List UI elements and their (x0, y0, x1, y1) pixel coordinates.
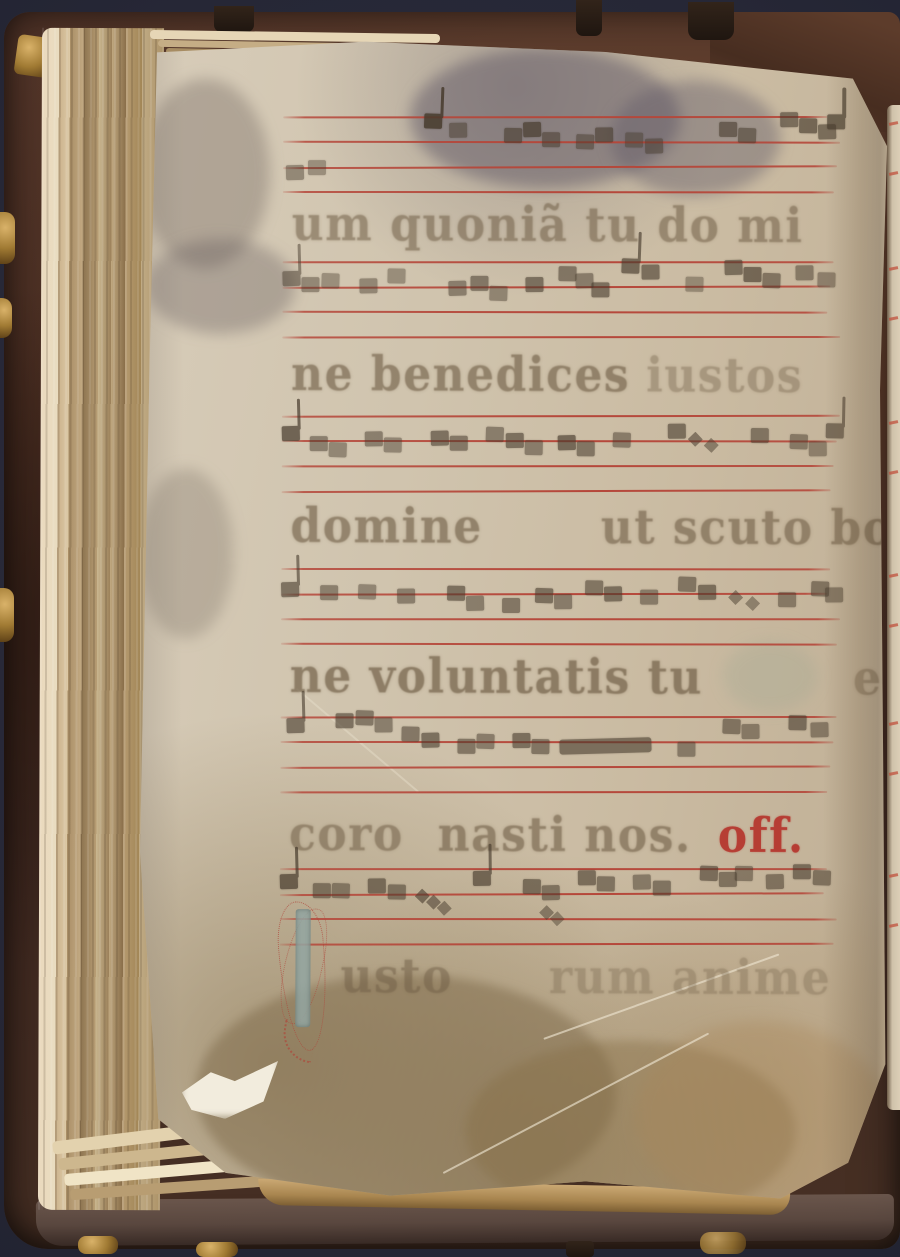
staff-line-tick (889, 623, 898, 627)
binding-strap-icon (576, 0, 602, 36)
neume-diamond (745, 596, 760, 611)
neume-punctum (575, 134, 594, 150)
neume-punctum (735, 866, 753, 881)
staff-line-tick (889, 420, 898, 424)
staff-line (281, 643, 837, 646)
neume-punctum (457, 739, 475, 754)
brass-boss-icon (0, 298, 12, 338)
chant-text: rum anime (549, 950, 832, 1006)
chant-text: iustos (646, 349, 803, 405)
staff-line-tick (889, 573, 898, 577)
neume-punctum (523, 122, 541, 137)
neume-punctum (360, 279, 378, 294)
neume-punctum (281, 581, 299, 596)
neume-punctum (622, 258, 641, 274)
neume-punctum (525, 277, 543, 292)
neume-punctum (678, 741, 696, 756)
staff-line-tick (889, 266, 898, 270)
neume-punctum (302, 277, 320, 292)
chant-text-line: ne benedicesiustos (291, 349, 803, 409)
neume-punctum (722, 719, 741, 735)
brass-foot-icon (78, 1236, 118, 1254)
neume-punctum (450, 435, 468, 450)
neume-punctum (504, 128, 522, 143)
neume-stem-icon (301, 691, 305, 722)
neume-punctum (489, 285, 508, 301)
neume-punctum (762, 273, 781, 289)
staff-line (283, 191, 834, 194)
staff-line (283, 261, 834, 263)
neume-punctum (387, 884, 405, 899)
neume-stem-icon (488, 844, 492, 875)
neume-punctum (402, 726, 420, 741)
binding-strap-icon (688, 2, 734, 40)
neume-punctum (741, 724, 759, 739)
stain-left-margin (138, 468, 234, 638)
chant-text: usto (340, 949, 453, 1005)
neume-punctum (358, 584, 377, 600)
neume-punctum (625, 132, 643, 147)
staff-line (280, 765, 830, 769)
staff-line (280, 791, 827, 794)
neume-punctum (332, 883, 351, 899)
staff-line-tick (889, 721, 898, 725)
neume-punctum (524, 439, 542, 454)
neume-punctum (698, 584, 716, 599)
neume-punctum (286, 164, 304, 179)
neume-punctum (799, 118, 817, 133)
staff-line (282, 489, 831, 493)
neume-punctum (466, 596, 484, 611)
staff-line (283, 165, 837, 169)
neume-punctum (476, 734, 495, 750)
staff-line (281, 618, 840, 620)
neume-punctum (633, 874, 651, 889)
neume-punctum (796, 265, 814, 280)
chant-text: ne benedices (291, 347, 630, 404)
neume-punctum (308, 160, 326, 175)
neume-punctum (652, 881, 670, 896)
neume-punctum (765, 873, 783, 888)
neume-punctum (387, 269, 405, 284)
neume-punctum (724, 260, 742, 275)
chant-text-line: domineut scuto bo (290, 501, 893, 562)
neume-punctum (778, 592, 796, 607)
neume-punctum (640, 589, 658, 604)
staff-line (282, 415, 840, 418)
staff-line (280, 943, 834, 946)
chant-staff (283, 115, 835, 199)
neume-punctum (678, 577, 697, 593)
brass-boss-icon (0, 212, 15, 264)
neume-punctum (473, 871, 491, 886)
brass-foot-icon (700, 1232, 746, 1254)
staff-line-tick (889, 121, 898, 125)
neume-punctum (597, 876, 615, 891)
neume-punctum (554, 594, 572, 609)
rubric-offertory-label: off. (718, 809, 805, 864)
chant-text: coro (289, 807, 404, 863)
neume-punctum (699, 866, 718, 882)
neume-punctum (575, 273, 593, 288)
neume-punctum (789, 434, 808, 450)
neume-punctum (558, 266, 576, 281)
neume-punctum (448, 280, 466, 295)
neume-punctum (668, 424, 686, 439)
neume-punctum (578, 870, 596, 885)
neume-punctum (328, 442, 347, 458)
neume-punctum (543, 132, 561, 147)
chant-staff (280, 715, 832, 799)
neume-punctum (486, 427, 505, 443)
manuscript-photo: um quoniã tu do mine benedicesiustosdomi… (0, 0, 900, 1257)
neume-punctum (577, 441, 595, 456)
staff-line (282, 336, 840, 339)
staff-line-tick (889, 923, 898, 927)
staff-line (281, 568, 830, 571)
neume-punctum (470, 275, 488, 290)
chant-text: domine (290, 499, 483, 555)
chant-staff (282, 260, 834, 344)
neume-punctum (282, 426, 300, 441)
neume-punctum (424, 114, 443, 130)
neume-punctum (641, 265, 659, 280)
neume-punctum (280, 874, 298, 889)
staff-line (282, 311, 827, 314)
chant-staff (282, 414, 834, 498)
brass-foot-icon (196, 1242, 238, 1257)
staff-line-tick (889, 171, 898, 175)
neume-punctum (585, 580, 603, 595)
manuscript-page: um quoniã tu do mine benedicesiustosdomi… (135, 38, 890, 1203)
neume-punctum (751, 428, 769, 443)
neume-punctum (780, 112, 798, 127)
neume-punctum (336, 713, 354, 728)
chant-text: um quoniã tu do mi (292, 197, 804, 254)
neume-stem-icon (440, 87, 445, 118)
neume-punctum (613, 432, 632, 448)
neume-punctum (355, 710, 374, 726)
next-page-edge (887, 105, 900, 1110)
neume-punctum (447, 586, 465, 601)
neume-punctum (793, 864, 811, 879)
chant-text-line: ne voluntatis tue (290, 651, 883, 712)
neume-punctum (421, 732, 439, 747)
staff-line-tick (889, 470, 898, 474)
neume-punctum (431, 430, 449, 445)
neume-punctum (719, 121, 737, 136)
neume-punctum (743, 267, 761, 282)
neume-diamond (687, 431, 702, 446)
neume-punctum (286, 718, 304, 733)
binding-strap-icon (214, 6, 254, 32)
staff-line-tick (889, 316, 898, 320)
chant-staff (280, 867, 832, 951)
staff-line-tick (889, 771, 898, 775)
stain-left-margin (145, 238, 295, 334)
neume-punctum (320, 585, 338, 600)
neume-punctum (788, 715, 806, 730)
page-curl-shading (821, 41, 890, 1203)
staff-line (280, 741, 833, 744)
binding-strap-icon (566, 1241, 594, 1257)
staff-line (283, 141, 840, 144)
neume-punctum (309, 436, 327, 451)
neume-punctum (644, 138, 662, 153)
staff-line (283, 116, 827, 119)
neume-punctum (368, 878, 386, 893)
staff-line-tick (889, 873, 898, 877)
neume-punctum (449, 123, 467, 138)
chant-text: nasti nos. (438, 808, 692, 864)
neume-punctum (595, 127, 613, 142)
neume-punctum (535, 587, 554, 603)
chant-text-line: coronasti nos.off. (289, 809, 805, 869)
neume-punctum (397, 588, 415, 603)
neume-punctum (685, 276, 703, 291)
staff-line (282, 465, 834, 468)
neume-punctum (738, 127, 757, 143)
neume-punctum (592, 282, 610, 297)
neume-punctum (282, 271, 300, 286)
neume-punctum (523, 879, 541, 894)
neume-punctum (365, 431, 383, 446)
neume-punctum (384, 438, 402, 453)
chant-text-line: ustorum anime (288, 951, 831, 1011)
neume-punctum (505, 433, 523, 448)
neume-punctum (531, 739, 549, 754)
neume-punctum (374, 717, 392, 732)
brass-boss-icon (0, 588, 14, 642)
chant-staff (281, 567, 833, 651)
neume-punctum (558, 434, 576, 449)
neume-melisma-bar (559, 737, 651, 754)
neume-punctum (313, 883, 331, 898)
chant-text-line: um quoniã tu do mi (292, 199, 804, 259)
neume-punctum (604, 586, 622, 601)
chant-text: ne voluntatis tu (290, 649, 703, 706)
neume-punctum (542, 885, 560, 900)
neume-punctum (512, 733, 530, 748)
neume-punctum (321, 273, 340, 289)
neume-punctum (502, 597, 520, 612)
